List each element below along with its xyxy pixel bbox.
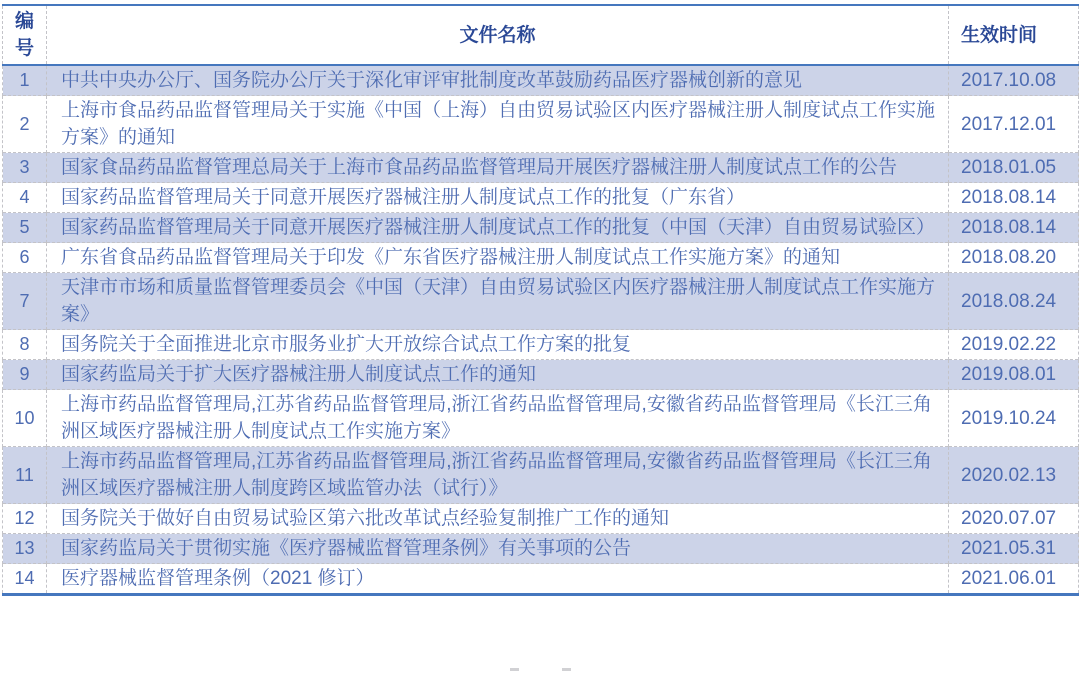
table-row: 11 上海市药品监督管理局,江苏省药品监督管理局,浙江省药品监督管理局,安徽省药… [3, 447, 1079, 504]
row-number-cell: 6 [3, 243, 47, 273]
document-name-cell: 上海市药品监督管理局,江苏省药品监督管理局,浙江省药品监督管理局,安徽省药品监督… [47, 390, 949, 447]
row-number-cell: 8 [3, 330, 47, 360]
effective-date-cell: 2018.08.24 [949, 273, 1079, 330]
table-row: 1 中共中央办公厅、国务院办公厅关于深化审评审批制度改革鼓励药品医疗器械创新的意… [3, 65, 1079, 96]
table-row: 3 国家食品药品监督管理总局关于上海市食品药品监督管理局开展医疗器械注册人制度试… [3, 153, 1079, 183]
header-effective-date: 生效时间 [949, 5, 1079, 65]
table-row: 12 国务院关于做好自由贸易试验区第六批改革试点经验复制推广工作的通知 2020… [3, 504, 1079, 534]
effective-date-cell: 2020.07.07 [949, 504, 1079, 534]
document-name-cell: 广东省食品药品监督管理局关于印发《广东省医疗器械注册人制度试点工作实施方案》的通… [47, 243, 949, 273]
table-row: 7 天津市市场和质量监督管理委员会《中国（天津）自由贸易试验区内医疗器械注册人制… [3, 273, 1079, 330]
clipped-caption-mark [562, 668, 571, 671]
row-number-cell: 9 [3, 360, 47, 390]
table-row: 9 国家药监局关于扩大医疗器械注册人制度试点工作的通知 2019.08.01 [3, 360, 1079, 390]
document-name-cell: 国家药监局关于扩大医疗器械注册人制度试点工作的通知 [47, 360, 949, 390]
effective-date-cell: 2019.08.01 [949, 360, 1079, 390]
header-document-name: 文件名称 [47, 5, 949, 65]
page: { "table": { "headers": { "no": "编号", "n… [0, 0, 1080, 673]
effective-date-cell: 2018.01.05 [949, 153, 1079, 183]
effective-date-cell: 2018.08.20 [949, 243, 1079, 273]
table-row: 13 国家药监局关于贯彻实施《医疗器械监督管理条例》有关事项的公告 2021.0… [3, 534, 1079, 564]
document-name-cell: 上海市药品监督管理局,江苏省药品监督管理局,浙江省药品监督管理局,安徽省药品监督… [47, 447, 949, 504]
effective-date-cell: 2020.02.13 [949, 447, 1079, 504]
effective-date-cell: 2021.06.01 [949, 564, 1079, 595]
header-number: 编号 [3, 5, 47, 65]
document-name-cell: 国务院关于全面推进北京市服务业扩大开放综合试点工作方案的批复 [47, 330, 949, 360]
row-number-cell: 14 [3, 564, 47, 595]
table-row: 4 国家药品监督管理局关于同意开展医疗器械注册人制度试点工作的批复（广东省） 2… [3, 183, 1079, 213]
effective-date-cell: 2017.12.01 [949, 96, 1079, 153]
documents-table: 编号 文件名称 生效时间 1 中共中央办公厅、国务院办公厅关于深化审评审批制度改… [2, 4, 1079, 596]
row-number-cell: 4 [3, 183, 47, 213]
document-name-cell: 中共中央办公厅、国务院办公厅关于深化审评审批制度改革鼓励药品医疗器械创新的意见 [47, 65, 949, 96]
row-number-cell: 7 [3, 273, 47, 330]
document-name-cell: 上海市食品药品监督管理局关于实施《中国（上海）自由贸易试验区内医疗器械注册人制度… [47, 96, 949, 153]
row-number-cell: 3 [3, 153, 47, 183]
document-name-cell: 国家药监局关于贯彻实施《医疗器械监督管理条例》有关事项的公告 [47, 534, 949, 564]
row-number-cell: 5 [3, 213, 47, 243]
document-name-cell: 国家药品监督管理局关于同意开展医疗器械注册人制度试点工作的批复（中国（天津）自由… [47, 213, 949, 243]
table-row: 6 广东省食品药品监督管理局关于印发《广东省医疗器械注册人制度试点工作实施方案》… [3, 243, 1079, 273]
row-number-cell: 11 [3, 447, 47, 504]
table-row: 10 上海市药品监督管理局,江苏省药品监督管理局,浙江省药品监督管理局,安徽省药… [3, 390, 1079, 447]
document-name-cell: 国务院关于做好自由贸易试验区第六批改革试点经验复制推广工作的通知 [47, 504, 949, 534]
row-number-cell: 1 [3, 65, 47, 96]
table-row: 8 国务院关于全面推进北京市服务业扩大开放综合试点工作方案的批复 2019.02… [3, 330, 1079, 360]
document-name-cell: 国家药品监督管理局关于同意开展医疗器械注册人制度试点工作的批复（广东省） [47, 183, 949, 213]
effective-date-cell: 2019.10.24 [949, 390, 1079, 447]
effective-date-cell: 2018.08.14 [949, 183, 1079, 213]
header-row: 编号 文件名称 生效时间 [3, 5, 1079, 65]
effective-date-cell: 2021.05.31 [949, 534, 1079, 564]
row-number-cell: 2 [3, 96, 47, 153]
table-row: 14 医疗器械监督管理条例（2021 修订） 2021.06.01 [3, 564, 1079, 595]
document-name-cell: 国家食品药品监督管理总局关于上海市食品药品监督管理局开展医疗器械注册人制度试点工… [47, 153, 949, 183]
effective-date-cell: 2018.08.14 [949, 213, 1079, 243]
effective-date-cell: 2017.10.08 [949, 65, 1079, 96]
row-number-cell: 12 [3, 504, 47, 534]
table-row: 5 国家药品监督管理局关于同意开展医疗器械注册人制度试点工作的批复（中国（天津）… [3, 213, 1079, 243]
effective-date-cell: 2019.02.22 [949, 330, 1079, 360]
row-number-cell: 13 [3, 534, 47, 564]
clipped-caption-mark [510, 668, 519, 671]
table-header: 编号 文件名称 生效时间 [3, 5, 1079, 65]
row-number-cell: 10 [3, 390, 47, 447]
table-row: 2 上海市食品药品监督管理局关于实施《中国（上海）自由贸易试验区内医疗器械注册人… [3, 96, 1079, 153]
document-name-cell: 医疗器械监督管理条例（2021 修订） [47, 564, 949, 595]
table-body: 1 中共中央办公厅、国务院办公厅关于深化审评审批制度改革鼓励药品医疗器械创新的意… [3, 65, 1079, 595]
document-name-cell: 天津市市场和质量监督管理委员会《中国（天津）自由贸易试验区内医疗器械注册人制度试… [47, 273, 949, 330]
